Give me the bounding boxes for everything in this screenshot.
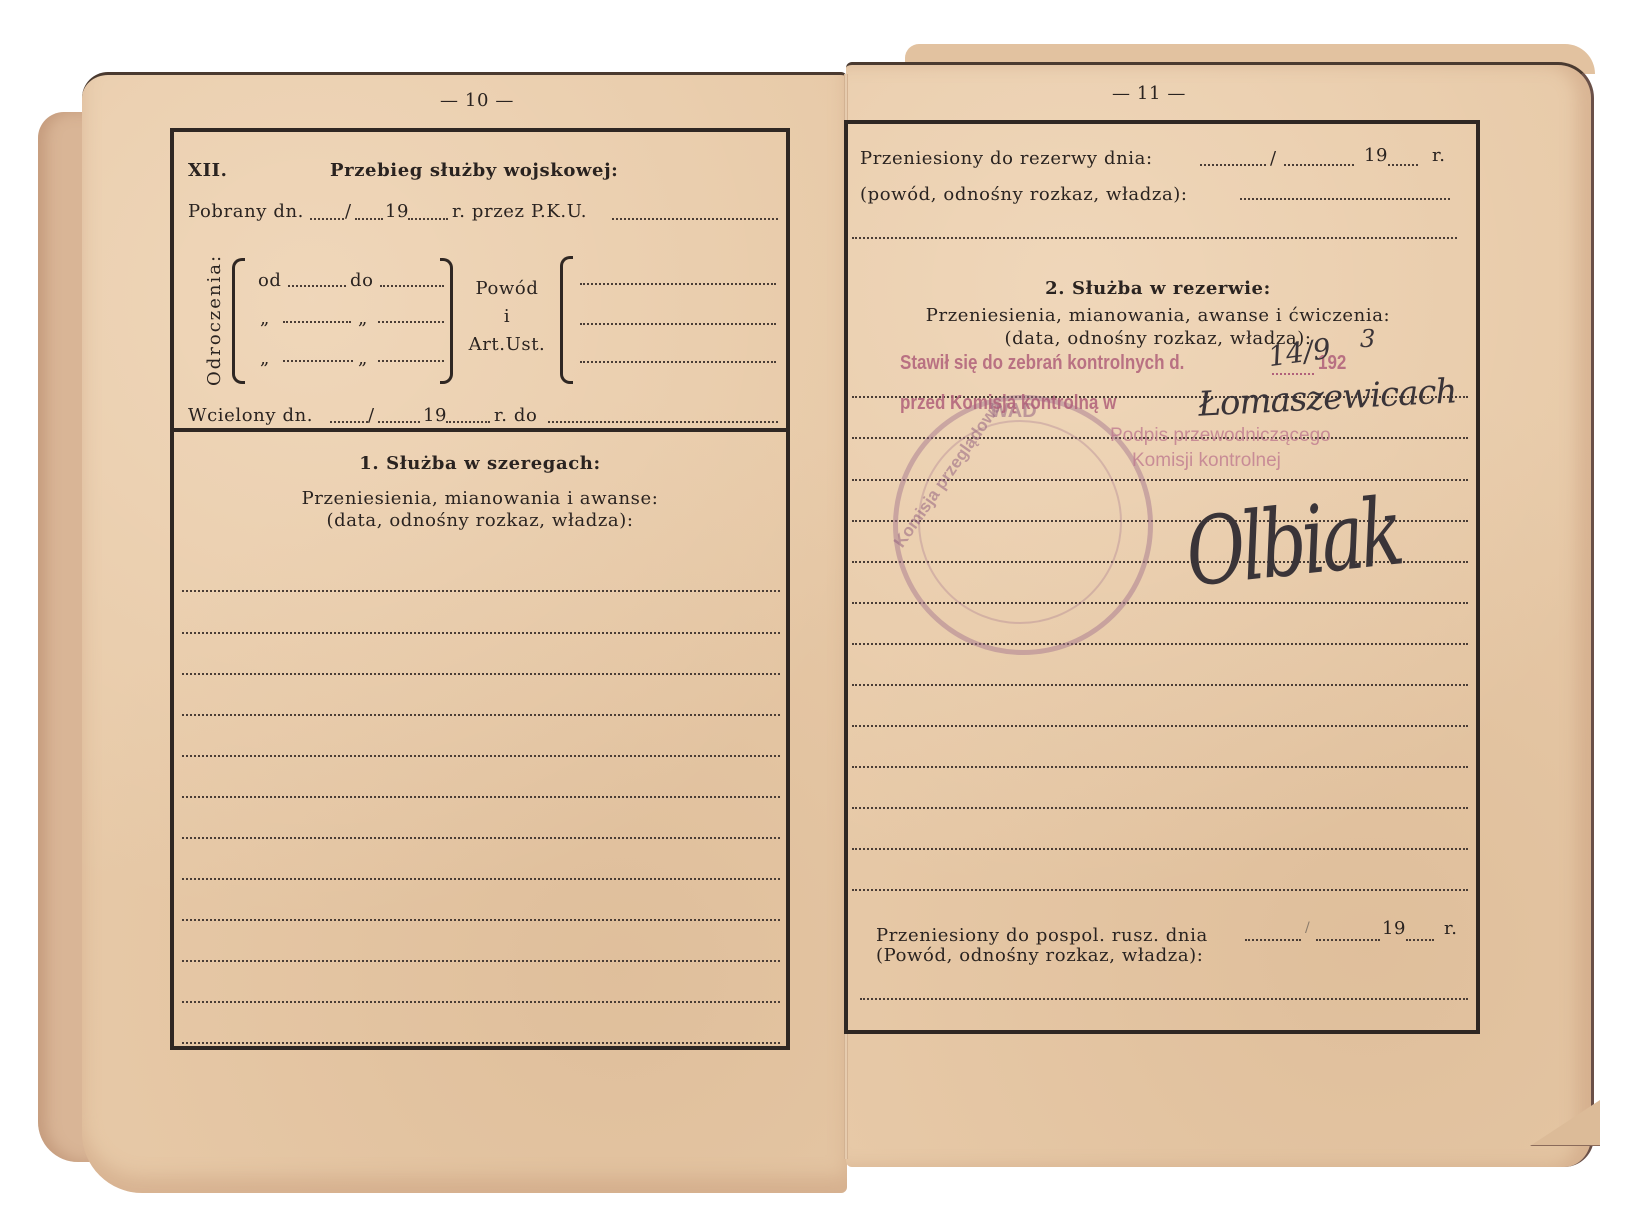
reason-and-label: i	[462, 306, 552, 327]
mobilization-label: Przeniesiony do pospol. rusz. dnia	[876, 925, 1208, 946]
bracket-left	[232, 258, 245, 384]
odroczenie-2-to-label: „	[358, 308, 368, 329]
section-title: Przebieg służby wojskowej:	[330, 160, 618, 181]
reserve-transfer-suffix: r.	[1432, 145, 1446, 166]
mobilization-year-prefix: 19	[1382, 918, 1406, 939]
service-ranks-subheading: Przeniesienia, mianowania i awanse:	[174, 488, 786, 509]
reserve-entry-line[interactable]	[852, 889, 1468, 891]
chairman-signature: Olbiak	[1181, 477, 1405, 608]
pobrany-month-field[interactable]	[355, 218, 383, 220]
mobilization-suffix: r.	[1444, 918, 1458, 939]
stamp-line-3: Podpis przewodniczącego	[1110, 425, 1331, 447]
pobrany-label: Pobrany dn.	[188, 201, 304, 222]
wcielony-label: Wcielony dn.	[188, 405, 313, 426]
reserve-transfer-reason-line-2[interactable]	[852, 237, 1457, 239]
reserve-entry-line[interactable]	[852, 684, 1468, 686]
wcielony-to-label: r. do	[494, 405, 537, 426]
wcielony-slash: /	[368, 405, 375, 426]
page-number-left: — 10 —	[440, 90, 514, 111]
left-form-frame	[170, 128, 790, 1050]
reserve-transfer-year-field[interactable]	[1388, 164, 1418, 166]
reserve-entry-line[interactable]	[852, 766, 1468, 768]
service-ranks-heading: 1. Służba w szeregach:	[174, 453, 786, 474]
ranks-entry-line[interactable]	[182, 673, 780, 675]
stamp-line-4: Komisji kontrolnej	[1132, 450, 1281, 472]
ranks-entry-line[interactable]	[182, 919, 780, 921]
odroczenie-3-from-label: „	[260, 348, 270, 369]
mobilization-reason-field[interactable]	[860, 998, 1468, 1000]
ranks-entry-line[interactable]	[182, 960, 780, 962]
bracket-reason	[560, 256, 573, 384]
ranks-entry-line[interactable]	[182, 837, 780, 839]
reserve-service-heading: 2. Służba w rezerwie:	[848, 278, 1468, 299]
reason-field-3[interactable]	[580, 361, 776, 363]
wcielony-month-field[interactable]	[378, 421, 420, 423]
mobilization-year-field[interactable]	[1406, 939, 1434, 941]
ranks-entry-line[interactable]	[182, 878, 780, 880]
wcielony-day-field[interactable]	[330, 421, 368, 423]
odroczenie-3-to-field[interactable]	[378, 360, 444, 362]
reason-field-2[interactable]	[580, 323, 776, 325]
pobrany-year-prefix: 19	[385, 201, 409, 222]
reason-label: Powód	[462, 278, 552, 299]
wcielony-year-field[interactable]	[446, 421, 490, 423]
ranks-entry-line[interactable]	[182, 796, 780, 798]
odroczenie-1-from-field[interactable]	[288, 285, 346, 287]
reserve-transfer-day-field[interactable]	[1200, 164, 1266, 166]
section-numeral: XII.	[188, 160, 227, 181]
reserve-service-subheading: Przeniesienia, mianowania, awanse i ćwic…	[848, 305, 1468, 326]
odroczenie-1-from-label: od	[258, 270, 282, 291]
mobilization-reason-label: (Powód, odnośny rozkaz, władza):	[876, 945, 1203, 966]
ranks-entry-line[interactable]	[182, 755, 780, 757]
reserve-entry-line[interactable]	[852, 807, 1468, 809]
pobrany-year-field[interactable]	[408, 218, 448, 220]
ranks-entry-line[interactable]	[182, 1001, 780, 1003]
wcielony-unit-field[interactable]	[548, 421, 778, 423]
reserve-transfer-label: Przeniesiony do rezerwy dnia:	[860, 148, 1153, 169]
bracket-right	[440, 258, 453, 384]
left-section-divider	[174, 428, 786, 432]
wcielony-year-prefix: 19	[423, 405, 447, 426]
reserve-transfer-slash: /	[1270, 148, 1277, 169]
ranks-entry-line[interactable]	[182, 1042, 780, 1044]
odroczenie-3-to-label: „	[358, 348, 368, 369]
pobrany-pku-label: r. przez P.K.U.	[452, 201, 587, 222]
official-seal-inner-ring	[918, 420, 1122, 624]
service-ranks-subheading-2: (data, odnośny rozkaz, władza):	[174, 510, 786, 531]
reserve-transfer-reason-field[interactable]	[1240, 198, 1450, 200]
odroczenie-2-from-field[interactable]	[283, 321, 351, 323]
odroczenie-2-to-field[interactable]	[378, 321, 444, 323]
reserve-entry-line[interactable]	[852, 848, 1468, 850]
mobilization-slash: /	[1305, 920, 1310, 936]
reserve-transfer-month-field[interactable]	[1284, 164, 1354, 166]
pobrany-pku-field[interactable]	[612, 218, 778, 220]
stamp-date-field[interactable]	[1272, 373, 1314, 375]
pobrany-slash: /	[345, 201, 352, 222]
odroczenie-1-to-field[interactable]	[380, 285, 444, 287]
stamp-line-1: Stawił się do zebrań kontrolnych d.	[900, 352, 1184, 375]
reserve-entry-line[interactable]	[852, 725, 1468, 727]
odroczenie-2-from-label: „	[260, 308, 270, 329]
mobilization-month-field[interactable]	[1316, 939, 1380, 941]
odroczenie-1-to-label: do	[350, 270, 374, 291]
reserve-entry-line[interactable]	[852, 643, 1468, 645]
ranks-entry-line[interactable]	[182, 590, 780, 592]
reserve-transfer-year-prefix: 19	[1364, 145, 1388, 166]
article-label: Art.Ust.	[462, 334, 552, 355]
stamp-line-2: przed Komisją kontrolną w	[900, 392, 1116, 415]
ranks-entry-line[interactable]	[182, 632, 780, 634]
ranks-entry-line[interactable]	[182, 714, 780, 716]
reason-field-1[interactable]	[580, 283, 776, 285]
pobrany-day-field[interactable]	[310, 218, 344, 220]
mobilization-day-field[interactable]	[1245, 939, 1301, 941]
reserve-transfer-reason-label: (powód, odnośny rozkaz, władza):	[860, 184, 1188, 205]
handwritten-year-digit: 3	[1360, 325, 1375, 353]
page-number-right: — 11 —	[1112, 83, 1186, 104]
odroczenie-3-from-field[interactable]	[283, 360, 353, 362]
odroczenia-label: Odroczenia:	[204, 254, 225, 386]
